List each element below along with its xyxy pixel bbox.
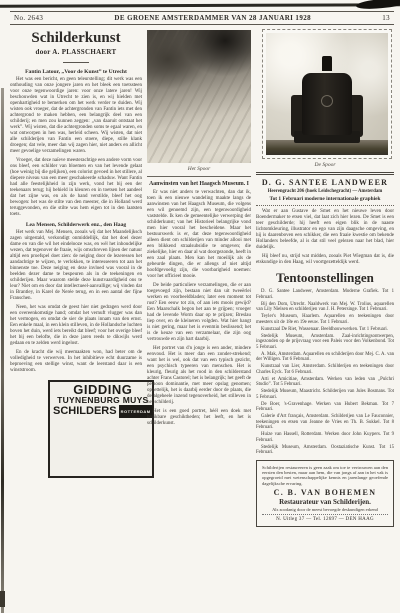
exhibition-entry: A. Mak, Amsterdam. Aquarellen en schilde… [256, 352, 394, 363]
page-columns: Schilderkunst door A. PLASSCHAERT Fantin… [10, 28, 394, 527]
body-paragraph: Het was een bericht, en geen teleurstell… [10, 77, 142, 155]
bohemen-ad-note: Als zoodanig door de meest bevoegde desk… [262, 507, 388, 512]
body-paragraph: En de kracht die wij meemaakten won, had… [10, 350, 142, 374]
van-bohemen-advertisement: Schilderijen restaureeren is geen zaak o… [256, 460, 394, 528]
gidding-ad-text: GIDDING TUYNENBURG MUYS SCHILDERS ROTTER… [53, 384, 153, 474]
section-heading-lea-mensen: Lea Mensen, Schilderwerk enz., den Haag [10, 222, 142, 228]
locomotive-chimney [322, 56, 332, 71]
santee-ad-address: Heerengracht 206 (hoek Leidschegracht) —… [256, 189, 394, 194]
bohemen-ad-name: C. B. VAN BOHEMEN [262, 488, 388, 497]
page-number: 13 [382, 14, 390, 22]
exhibition-entry: Bij den Dom, Utrecht. Naaldwerk van Mej.… [256, 302, 394, 313]
exhibition-entry: De Boer, 's-Gravenhage. Werken van Huber… [256, 402, 394, 413]
issue-number: No. 2643 [14, 14, 43, 22]
exhibition-entry: Arti et Amicitiae, Amsterdam. Werken van… [256, 377, 394, 388]
scan-edge-left [1, 88, 4, 613]
photo-de-spoor-locomotive [266, 33, 388, 155]
exhibition-entry: Teyler's Museum, Haarlem. Aquarellen en … [256, 314, 394, 325]
exhibition-entry: Stedelijk Museum, Amsterdam. Oostaziatis… [256, 445, 394, 456]
body-paragraph: Wat er aan Gustave de Smet en het nieuwe… [256, 209, 394, 251]
photo-frame-de-spoor [262, 29, 392, 159]
scan-mark-bottom [0, 591, 5, 607]
gidding-trade-line: SCHILDERS ROTTERDAM [53, 405, 153, 418]
gidding-trade: SCHILDERS [53, 406, 117, 417]
exhibition-entry: Kunstzaal De Riet, Wassenaar. Beeldhouww… [256, 327, 394, 333]
locomotive-smokebox-door [321, 95, 333, 107]
byline: door A. PLASSCHAERT [10, 48, 142, 56]
column-left: Schilderkunst door A. PLASSCHAERT Fantin… [10, 28, 142, 478]
body-paragraph: Vroeger, dat deze naïeve meesterachtige … [10, 158, 142, 218]
santee-landweer-advertisement: D. G. SANTEE LANDWEER Heerengracht 206 (… [256, 172, 394, 206]
bohemen-ad-address: N. Uitleg 37 — Tel. 12697 — DEN HAAG [262, 514, 388, 522]
newspaper-page: No. 2643 DE GROENE AMSTERDAMMER VAN 28 J… [0, 0, 400, 613]
exhibition-entry: D. G. Santee Landweer, Amsterdam. Modern… [256, 289, 394, 300]
body-paragraph: Het portret van d'n jonge is een ander, … [147, 346, 251, 406]
santee-ad-exhibit-line: Tot 1 Februari moderne internationale gr… [256, 196, 394, 202]
santee-ad-name: D. G. SANTEE LANDWEER [256, 178, 394, 187]
bohemen-ad-subtitle: Restaurateur van Schilderijen. [262, 498, 388, 506]
exhibition-entry: Huize van Hassell, Rotterdam. Werken doo… [256, 432, 394, 443]
column-middle: Het Spoor Aanwinsten van het Haagsch Mus… [147, 28, 251, 430]
body-paragraph: Hij bleef nu, strijd wat midden, zooals … [256, 254, 394, 266]
photo-het-spoor [147, 30, 251, 163]
exhibition-entry: Stedelijk Museum, Maastricht. Schilderij… [256, 389, 394, 400]
bohemen-ad-intro: Schilderijen restaureeren is geen zaak o… [262, 465, 388, 487]
column-right: De Spoor D. G. SANTEE LANDWEER Heerengra… [256, 28, 394, 527]
body-paragraph: De beide particuliere verzamelingen, die… [147, 283, 251, 343]
article-title: Schilderkunst [10, 30, 142, 47]
exhibition-entry: Stedelijk Museum, Amsterdam. Zaal-inrich… [256, 334, 394, 351]
gidding-partner-name: TUYNENBURG MUYS [53, 396, 153, 405]
masthead: No. 2643 DE GROENE AMSTERDAMMER VAN 28 J… [10, 11, 394, 25]
photo-caption-de-spoor: De Spoor [256, 162, 394, 168]
masthead-title: DE GROENE AMSTERDAMMER VAN 28 JANUARI 19… [114, 14, 311, 22]
body-paragraph: Er was niet anders te verwachten, dan da… [147, 190, 251, 280]
tentoonstellingen-heading: Tentoonstellingen [256, 270, 394, 286]
photo-caption-het-spoor: Het Spoor [147, 166, 251, 172]
body-paragraph: Het is een goed portret, héél een doek m… [147, 409, 251, 427]
scan-edge-top [0, 3, 400, 7]
body-paragraph: Het werk van Mej. Mensen, zooals wij dat… [10, 230, 142, 302]
section-divider [63, 62, 89, 63]
exhibition-entry: Kunstzaal van Lier, Amsterdam. Schilderi… [256, 364, 394, 375]
gidding-advertisement: SCHILDERWERKEN DECORATIE GIDDING TUYNENB… [48, 380, 154, 478]
article-heading-aanwinsten: Aanwinsten van het Haagsch Museum. I [147, 176, 251, 187]
body-paragraph: Neen, het was omdat de geest hier niet g… [10, 305, 142, 347]
section-heading-fantin-latour: Fantin Latour, „Voor de Kunst” te Utrech… [10, 69, 142, 75]
exhibition-entry: Galerie d'Art français, Amsterdam. Schil… [256, 414, 394, 431]
